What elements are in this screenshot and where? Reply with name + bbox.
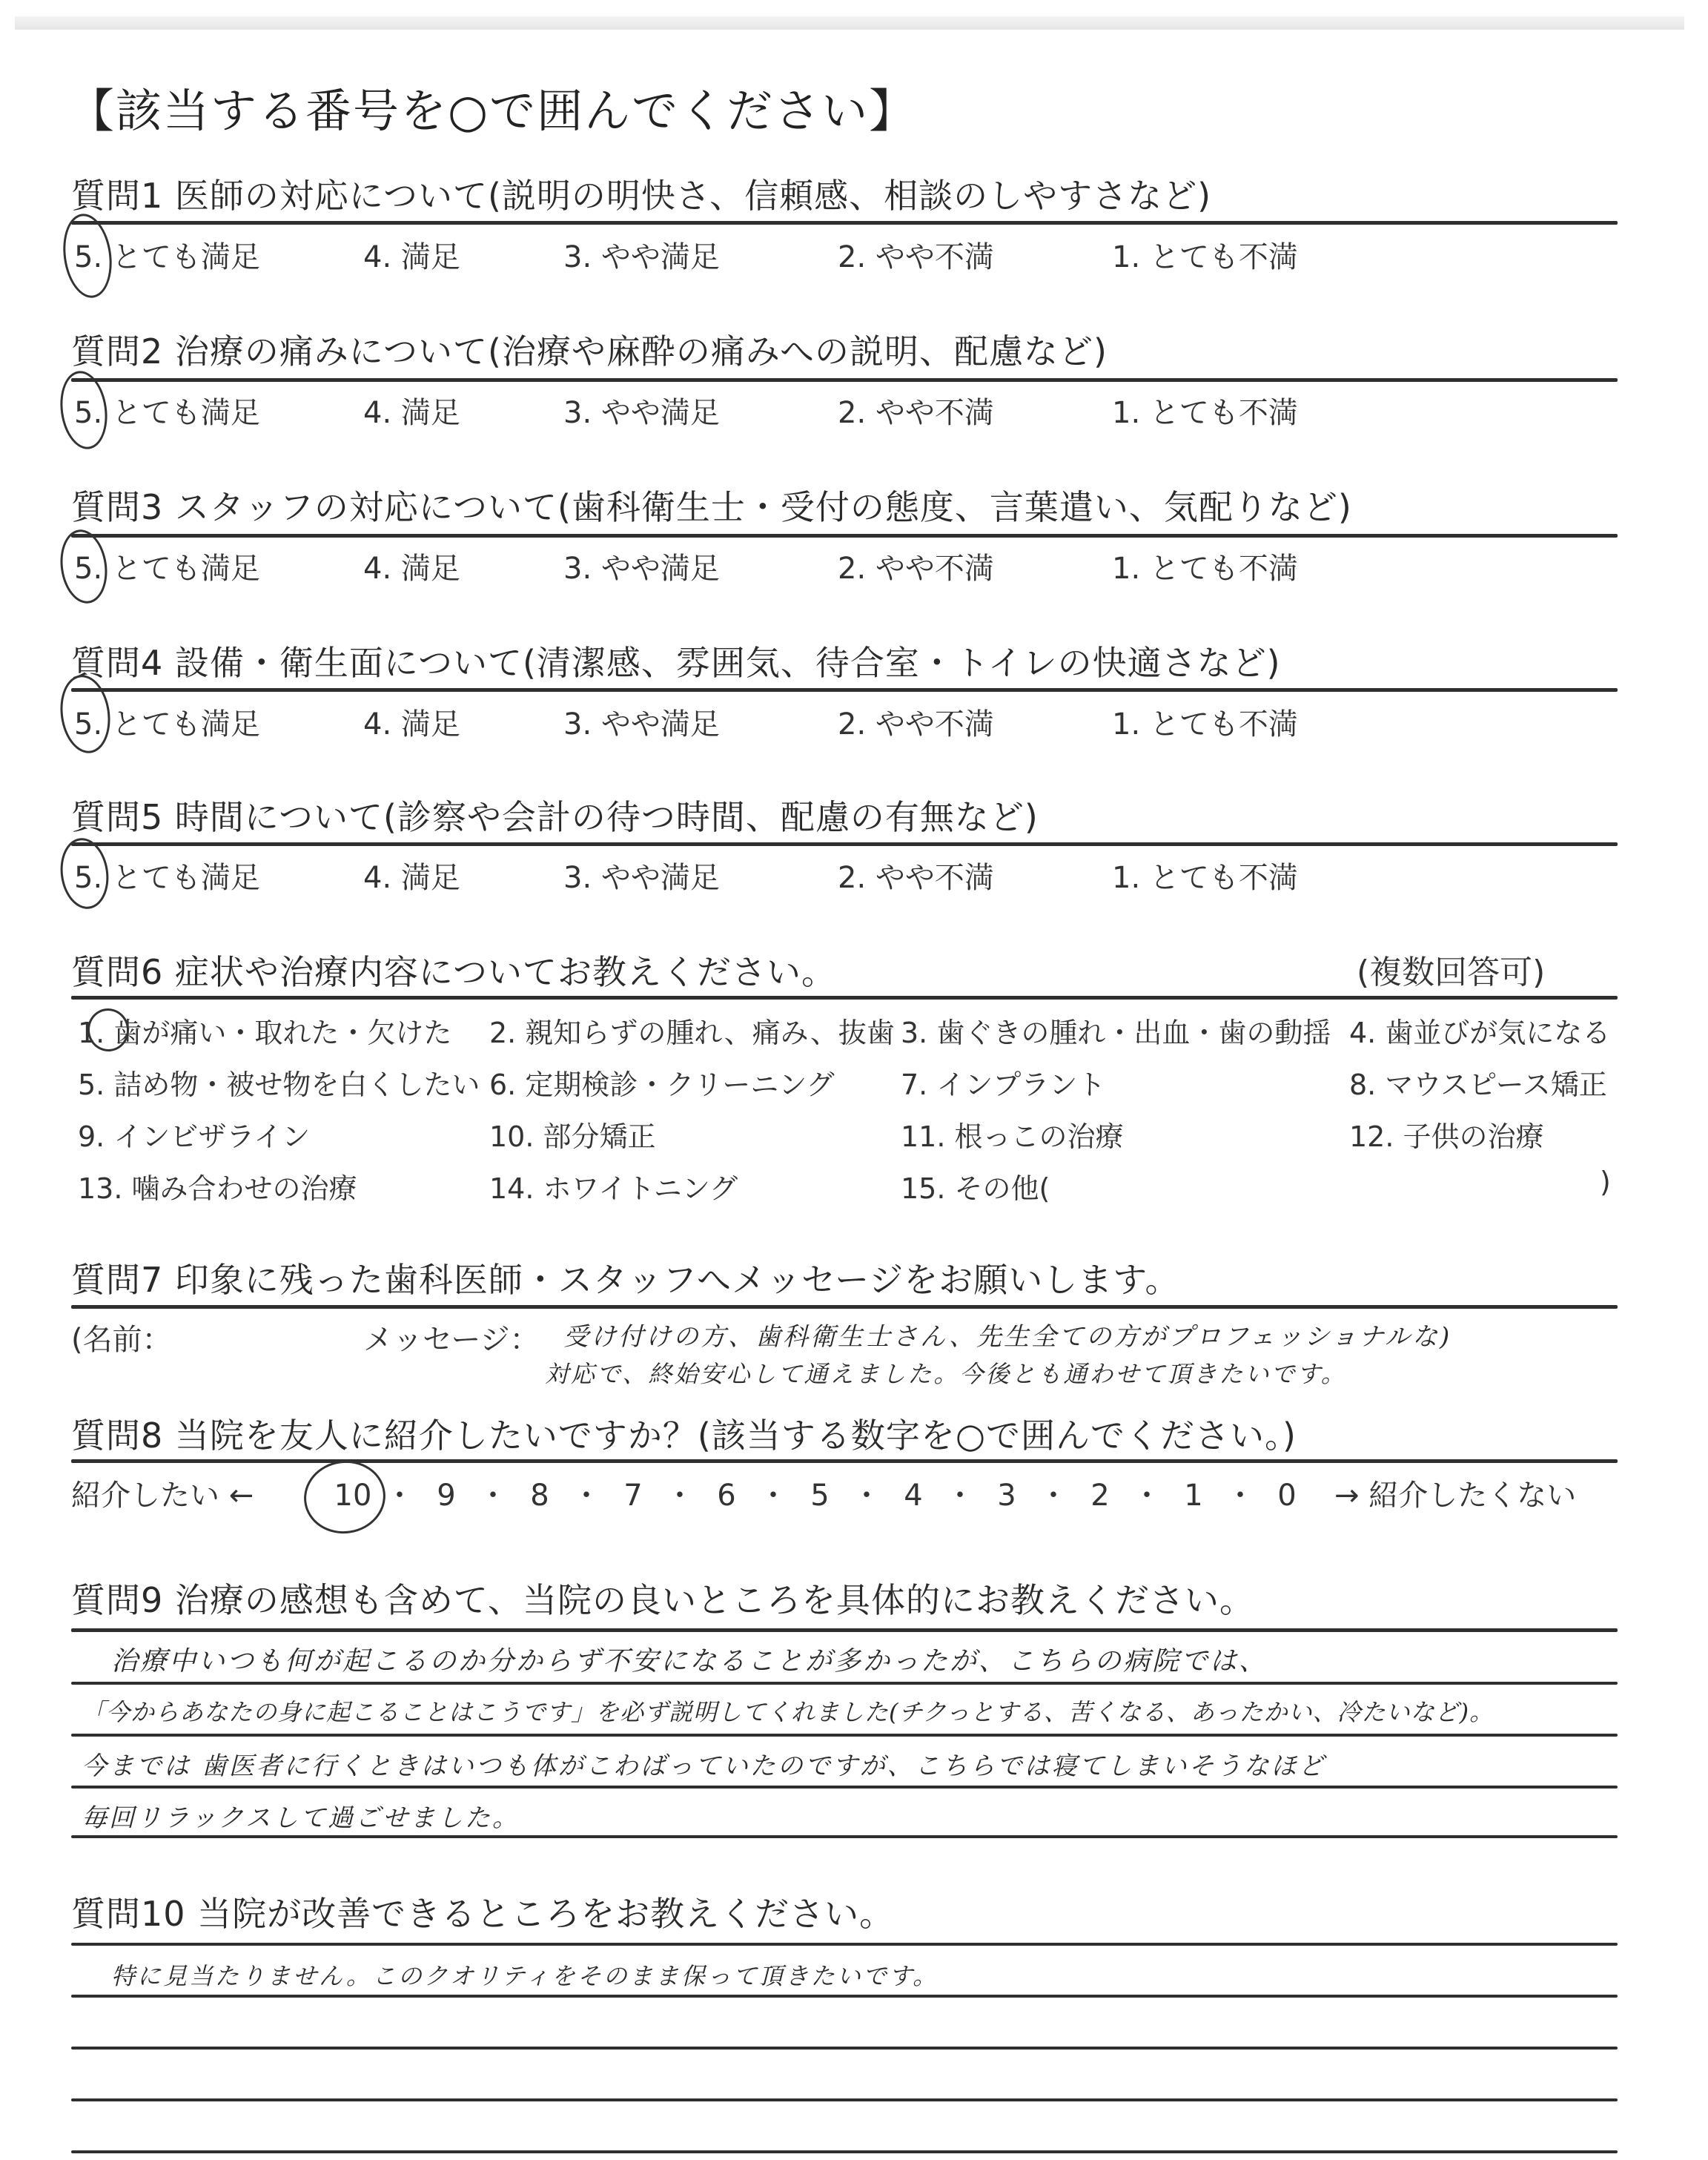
scale-8[interactable]: 8 [510, 1479, 569, 1513]
question-2-heading: 質問2 治療の痛みについて(治療や麻酔の痛みへの説明、配慮など) [71, 325, 1108, 374]
q6-item-13[interactable]: 13. 噛み合わせの治療 [78, 1166, 357, 1206]
question-3-rule [71, 534, 1618, 538]
q5-option-1[interactable]: 1. とても不満 [1112, 854, 1298, 896]
scale-2[interactable]: 2 [1070, 1479, 1130, 1513]
q4-option-1[interactable]: 1. とても不満 [1112, 701, 1298, 743]
q3-selection-circle [56, 526, 111, 607]
q4-option-3[interactable]: 3. やや満足 [563, 701, 720, 743]
message-answer-line-1[interactable]: 受け付けの方、歯科衛生士さん、先生全ての方がプロフェッショナルな) [563, 1316, 1452, 1353]
q6-item-1[interactable]: 1. 歯が痛い・取れた・欠けた [78, 1010, 451, 1051]
scale-separator: ・ [569, 1472, 603, 1514]
scale-1[interactable]: 1 [1164, 1479, 1223, 1513]
answer-line [71, 2098, 1618, 2101]
question-8-heading: 質問8 当院を友人に紹介したいですか？(該当する数字を○で囲んでください。) [71, 1409, 1297, 1458]
scale-9[interactable]: 9 [417, 1479, 476, 1513]
q6-item-8[interactable]: 8. マウスピース矯正 [1349, 1062, 1607, 1103]
message-answer-line-2[interactable]: 対応で、終始安心して通えました。今後とも通わせて頂きたいです。 [545, 1355, 1347, 1390]
q6-item-15[interactable]: 15. その他( [901, 1166, 1050, 1206]
answer-line [71, 2047, 1618, 2050]
multiple-answers-note: (複数回答可) [1357, 945, 1545, 993]
page-title: 【該当する番号を○で囲んでください】 [68, 74, 916, 140]
recommend-scale: 10・9・8・7・6・5・4・3・2・1・0 [323, 1472, 1317, 1514]
scale-7[interactable]: 7 [603, 1479, 663, 1513]
scale-separator: ・ [1036, 1472, 1070, 1514]
q3-option-4[interactable]: 4. 満足 [363, 545, 460, 587]
question-9-rule [71, 1628, 1618, 1632]
question-8-rule [71, 1459, 1618, 1463]
q6-item-7[interactable]: 7. インプラント [901, 1062, 1105, 1103]
question-2-rule [71, 378, 1618, 382]
q9-answer-line-1[interactable]: 治療中いつも何が起こるのか分からず不安になることが多かったが、こちらの病院では、 [111, 1640, 1268, 1678]
q5-selection-circle [56, 835, 113, 912]
q6-item-12[interactable]: 12. 子供の治療 [1349, 1114, 1544, 1155]
scale-separator: ・ [850, 1472, 884, 1514]
scale-separator: ・ [663, 1472, 697, 1514]
q3-option-3[interactable]: 3. やや満足 [563, 545, 720, 587]
q2-option-1[interactable]: 1. とても不満 [1112, 389, 1298, 432]
q4-option-4[interactable]: 4. 満足 [363, 701, 460, 743]
q10-answer-line-1[interactable]: 特に見当たりません。このクオリティをそのまま保って頂きたいです。 [111, 1958, 939, 1992]
q6-item-5[interactable]: 5. 詰め物・被せ物を白くしたい [78, 1062, 480, 1103]
q9-answer-line-2[interactable]: 「今からあなたの身に起こることはこうです」を必ず説明してくれました(チクっとする… [82, 1694, 1494, 1728]
q6-item-11[interactable]: 11. 根っこの治療 [901, 1114, 1124, 1155]
scale-6[interactable]: 6 [697, 1479, 756, 1513]
answer-line [71, 1682, 1618, 1685]
question-1-heading: 質問1 医師の対応について(説明の明快さ、信頼感、相談のしやすさなど) [71, 169, 1211, 218]
answer-line [71, 1786, 1618, 1789]
scale-separator: ・ [1223, 1472, 1257, 1514]
question-10-heading: 質問10 当院が改善できるところをお教えください。 [71, 1887, 894, 1936]
recommend-right-label: → 紹介したくない [1334, 1472, 1576, 1514]
q2-option-3[interactable]: 3. やや満足 [563, 389, 720, 432]
scale-separator: ・ [756, 1472, 790, 1514]
q1-option-4[interactable]: 4. 満足 [363, 234, 460, 276]
scale-0[interactable]: 0 [1257, 1479, 1317, 1513]
q3-option-2[interactable]: 2. やや不満 [838, 545, 994, 587]
q4-option-2[interactable]: 2. やや不満 [838, 701, 994, 743]
scale-separator: ・ [383, 1472, 417, 1514]
q1-option-2[interactable]: 2. やや不満 [838, 234, 994, 276]
question-5-rule [71, 842, 1618, 846]
question-4-heading: 質問4 設備・衛生面について(清潔感、雰囲気、待合室・トイレの快適さなど) [71, 636, 1281, 685]
q2-option-4[interactable]: 4. 満足 [363, 389, 460, 432]
message-label: メッセージ： [363, 1316, 540, 1358]
question-5-heading: 質問5 時間について(診察や会計の待つ時間、配慮の有無など) [71, 790, 1039, 839]
answer-line [71, 1835, 1618, 1838]
q5-option-2[interactable]: 2. やや不満 [838, 854, 994, 896]
question-6-heading: 質問6 症状や治療内容についてお教えください。 [71, 945, 836, 994]
q6-item-2[interactable]: 2. 親知らずの腫れ、痛み、抜歯 [489, 1010, 895, 1051]
question-7-heading: 質問7 印象に残った歯科医師・スタッフへメッセージをお願いします。 [71, 1253, 1180, 1302]
scale-4[interactable]: 4 [884, 1479, 943, 1513]
paper-top-edge [15, 16, 1684, 30]
q9-answer-line-3[interactable]: 今までは 歯医者に行くときはいつも体がこわばっていたのですが、こちらでは寝てしま… [82, 1745, 1325, 1782]
answer-line [71, 1734, 1618, 1737]
q6-item-3[interactable]: 3. 歯ぐきの腫れ・出血・歯の動揺 [901, 1010, 1331, 1051]
q3-option-1[interactable]: 1. とても不満 [1112, 545, 1298, 587]
scale-5[interactable]: 5 [790, 1479, 850, 1513]
recommend-left-label: 紹介したい ← [71, 1472, 254, 1514]
q6-item-10[interactable]: 10. 部分矯正 [489, 1114, 656, 1155]
q5-option-4[interactable]: 4. 満足 [363, 854, 460, 896]
q6-item-15-close-paren: ) [1600, 1166, 1611, 1198]
question-4-rule [71, 688, 1618, 692]
scale-separator: ・ [476, 1472, 510, 1514]
question-6-rule [71, 996, 1618, 1000]
scale-separator: ・ [1130, 1472, 1164, 1514]
q8-selection-circle [299, 1456, 391, 1539]
q1-option-1[interactable]: 1. とても不満 [1112, 234, 1298, 276]
q1-option-3[interactable]: 3. やや満足 [563, 234, 720, 276]
question-10-rule [71, 1943, 1618, 1946]
q9-answer-line-4[interactable]: 毎回リラックスして過ごせました。 [82, 1797, 520, 1834]
q6-item-4[interactable]: 4. 歯並びが気になる [1349, 1010, 1610, 1051]
q2-option-2[interactable]: 2. やや不満 [838, 389, 994, 432]
scale-separator: ・ [943, 1472, 977, 1514]
q6-item-14[interactable]: 14. ホワイトニング [489, 1166, 738, 1206]
question-7-rule [71, 1305, 1618, 1309]
q5-option-3[interactable]: 3. やや満足 [563, 854, 720, 896]
question-3-heading: 質問3 スタッフの対応について(歯科衛生士・受付の態度、言葉遣い、気配りなど) [71, 480, 1352, 529]
answer-line [71, 2150, 1618, 2153]
name-label: (名前： [71, 1316, 172, 1358]
scale-3[interactable]: 3 [977, 1479, 1036, 1513]
q6-item-6[interactable]: 6. 定期検診・クリーニング [489, 1062, 835, 1103]
question-1-rule [71, 221, 1618, 225]
q6-item-9[interactable]: 9. インビザライン [78, 1114, 310, 1155]
question-9-heading: 質問9 治療の感想も含めて、当院の良いところを具体的にお教えください。 [71, 1573, 1254, 1622]
answer-line [71, 1995, 1618, 1998]
